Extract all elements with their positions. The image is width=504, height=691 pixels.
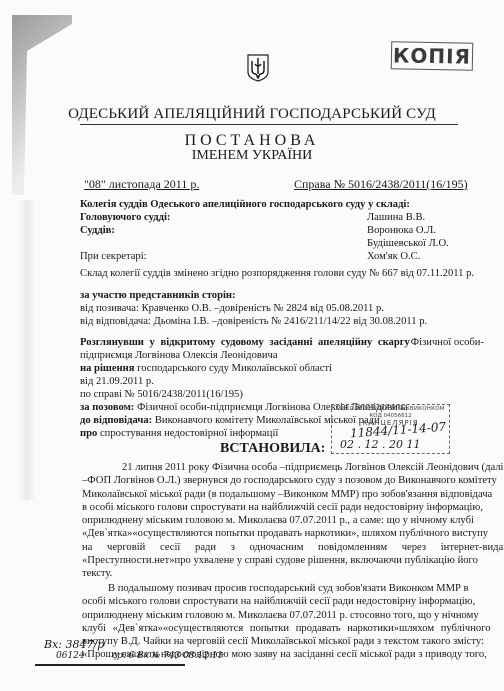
- p2-line: клубі «Дев`ятка»«осуществляются попытки …: [82, 623, 486, 636]
- registry-note: ср. 6 Вх № 743 08.12.11: [112, 651, 223, 661]
- decision-line: на рішення господарського суду Миколаївс…: [80, 363, 332, 374]
- scan-shadow: [18, 200, 36, 500]
- subject-text: спростування недостовірної інформації: [100, 428, 278, 439]
- subject-label: про: [80, 428, 97, 439]
- registry-stamp-org: МИКОЛАЇВСЬКИЙ МІСЬКВИКОНКОМ: [332, 406, 449, 412]
- code-note: 06124: [56, 651, 85, 661]
- p1-line: 21 липня 2011 року Фізична особа –підпри…: [82, 462, 486, 475]
- p1-line: «Преступности.нет»про ухвалене у справі …: [82, 555, 486, 568]
- decision-date: від 21.09.2011 р.: [80, 376, 154, 387]
- decision-label: на рішення: [80, 363, 134, 374]
- consideration-lead-rest: Фізичної особи-: [411, 337, 484, 348]
- p1-line: «Дев`ятка»«осуществляются попытки продав…: [82, 528, 486, 541]
- p2-line: оприлюднену міським головою м. Миколаєва…: [82, 610, 486, 623]
- handwritten-underline: [35, 664, 185, 666]
- case-reference: по справі № 5016/2438/2011(16/195): [80, 389, 243, 400]
- p1-line: тексту.: [82, 568, 486, 581]
- p1-line: оприлюднену міським головою м. Миколаєва…: [82, 515, 486, 528]
- representatives-heading: за участю представників сторін:: [80, 290, 236, 301]
- p1-line: в особі міського голови спростувати на н…: [82, 502, 486, 515]
- p1-line: –ФОП Логвінов О.Л.) звернувся до господа…: [82, 475, 486, 488]
- consideration-line-1: Розглянувши у відкритому судовому засіда…: [80, 337, 484, 348]
- judge-name-2: Будішевської Л.О.: [367, 238, 449, 249]
- presiding-judge-name: Лашина В.В.: [367, 212, 425, 223]
- page-curl-shadow: [12, 15, 72, 195]
- panel-intro: Колегія суддів Одеського апеляційного го…: [80, 199, 410, 210]
- document-date: "08" листопада 2011 р.: [84, 177, 199, 192]
- defendant-representative: від відповідача: Дьоміна І.В. –довіреніс…: [80, 316, 427, 327]
- subject-line: про спростування недостовірної інформаці…: [80, 428, 278, 439]
- document-page: КОПІЯ ОДЕСЬКИЙ АПЕЛЯЦІЙНИЙ ГОСПОДАРСЬКИЙ…: [0, 0, 504, 691]
- panel-change-note: Склад колегії суддів змінено згідно розп…: [80, 268, 474, 279]
- p2-line: виступу В.Д. Чайки на черговій сесії Мик…: [82, 636, 486, 649]
- registry-stamp: МИКОЛАЇВСЬКИЙ МІСЬКВИКОНКОМ КОД 04056612…: [331, 404, 450, 454]
- p1-line: на черговій сесії ради з одночасним пові…: [82, 542, 486, 555]
- appellant-name: підприємця Логвінова Олексія Леонідовича: [80, 350, 278, 361]
- secretary-label: При секретарі:: [80, 251, 147, 262]
- header-divider: [80, 124, 458, 125]
- secretary-name: Хом'як О.С.: [367, 251, 420, 262]
- p2-line: особі міського голови спростувати на най…: [82, 596, 486, 609]
- plaintiff-representative: від позивача: Кравченко О.В. –довіреніст…: [80, 303, 384, 314]
- p2-line: В подальшому позивач просив господарськи…: [82, 583, 486, 596]
- coat-of-arms-icon: [247, 54, 269, 82]
- established-heading: ВСТАНОВИЛА:: [220, 441, 325, 457]
- case-number: Справа № 5016/2438/2011(16/195): [294, 177, 468, 192]
- document-subtitle: ІМЕНЕМ УКРАЇНИ: [0, 148, 504, 164]
- defendant-label: до відповідача:: [80, 415, 152, 426]
- consideration-lead: Розглянувши у відкритому судовому засіда…: [80, 337, 410, 348]
- court-name: ОДЕСЬКИЙ АПЕЛЯЦІЙНИЙ ГОСПОДАРСЬКИЙ СУД: [0, 106, 504, 123]
- paragraph-1: 21 липня 2011 року Фізична особа –підпри…: [82, 462, 486, 582]
- claim-label: за позовом:: [80, 402, 134, 413]
- incoming-note: Вх: 3847/р: [44, 638, 104, 651]
- registry-stamp-date: 02 . 12 . 20 11: [340, 438, 420, 451]
- judge-name-1: Воронюка О.Л.: [367, 225, 436, 236]
- judges-label: Суддів:: [80, 225, 115, 236]
- p1-line: Миколаївської міської ради (в подальшому…: [82, 489, 486, 502]
- presiding-judge-label: Головуючого судді:: [80, 212, 170, 223]
- decision-court: господарського суду Миколаївської област…: [137, 363, 332, 374]
- copy-stamp: КОПІЯ: [391, 41, 473, 70]
